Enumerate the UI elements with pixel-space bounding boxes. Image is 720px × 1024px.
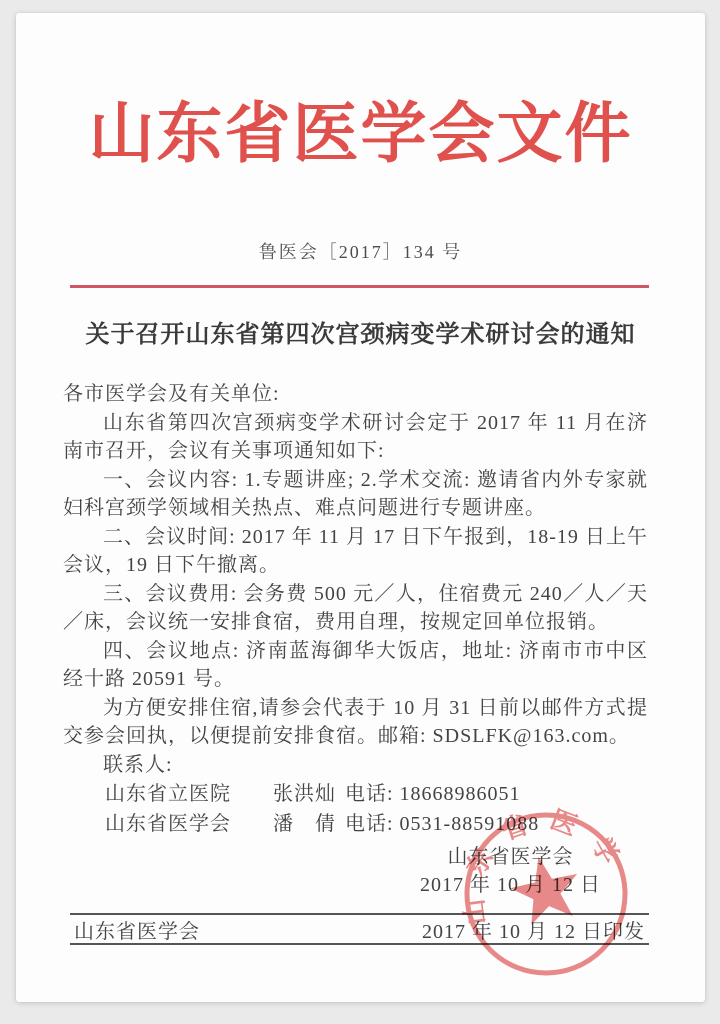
paragraph-content: 一、会议内容: 1.专题讲座; 2.学术交流: 邀请省内外专家就妇科宫颈学领域相… xyxy=(63,466,648,523)
contact-phone: 电话: 0531-88591088 xyxy=(345,809,648,839)
signature-date: 2017 年 10 月 12 日 xyxy=(420,871,601,899)
contact-row: 山东省立医院 张洪灿 电话: 18668986051 xyxy=(63,779,648,809)
contact-phone: 电话: 18668986051 xyxy=(345,779,648,809)
paragraph-location: 四、会议地点: 济南蓝海御华大饭店，地址: 济南市市中区经十路 20591 号。 xyxy=(63,637,648,694)
salutation: 各市医学会及有关单位: xyxy=(63,380,648,409)
document-page: 山东省医学会文件 鲁医会［2017］134 号 关于召开山东省第四次宫颈病变学术… xyxy=(16,13,705,1002)
notice-body: 各市医学会及有关单位: 山东省第四次宫颈病变学术研讨会定于 2017 年 11 … xyxy=(63,380,648,839)
contact-org: 山东省立医院 xyxy=(105,779,273,809)
footer-print-date: 2017 年 10 月 12 日印发 xyxy=(422,915,645,944)
footer-bar: 山东省医学会 2017 年 10 月 12 日印发 xyxy=(70,913,649,945)
contact-name: 张洪灿 xyxy=(273,779,345,809)
paragraph-registration: 为方便安排住宿,请参会代表于 10 月 31 日前以邮件方式提交参会回执，以便提… xyxy=(63,694,648,751)
contact-name: 潘 倩 xyxy=(273,809,345,839)
header-divider-line xyxy=(70,285,649,288)
paragraph-fee: 三、会议费用: 会务费 500 元／人，住宿费元 240／人／天／床，会议统一安… xyxy=(63,580,648,637)
document-header-title: 山东省医学会文件 xyxy=(16,93,705,177)
signature-block: 山东省医学会 2017 年 10 月 12 日 xyxy=(16,843,705,899)
document-number: 鲁医会［2017］134 号 xyxy=(16,239,705,265)
paragraph-intro: 山东省第四次宫颈病变学术研讨会定于 2017 年 11 月在济南市召开，会议有关… xyxy=(63,409,648,466)
signature-org: 山东省医学会 xyxy=(420,843,601,871)
paragraph-time: 二、会议时间: 2017 年 11 月 17 日下午报到，18-19 日上午会议… xyxy=(63,523,648,580)
footer-issuer: 山东省医学会 xyxy=(74,915,200,944)
notice-title: 关于召开山东省第四次宫颈病变学术研讨会的通知 xyxy=(16,318,705,352)
contact-org: 山东省医学会 xyxy=(105,809,273,839)
contact-row: 山东省医学会 潘 倩 电话: 0531-88591088 xyxy=(63,809,648,839)
contacts-label: 联系人: xyxy=(63,751,648,780)
